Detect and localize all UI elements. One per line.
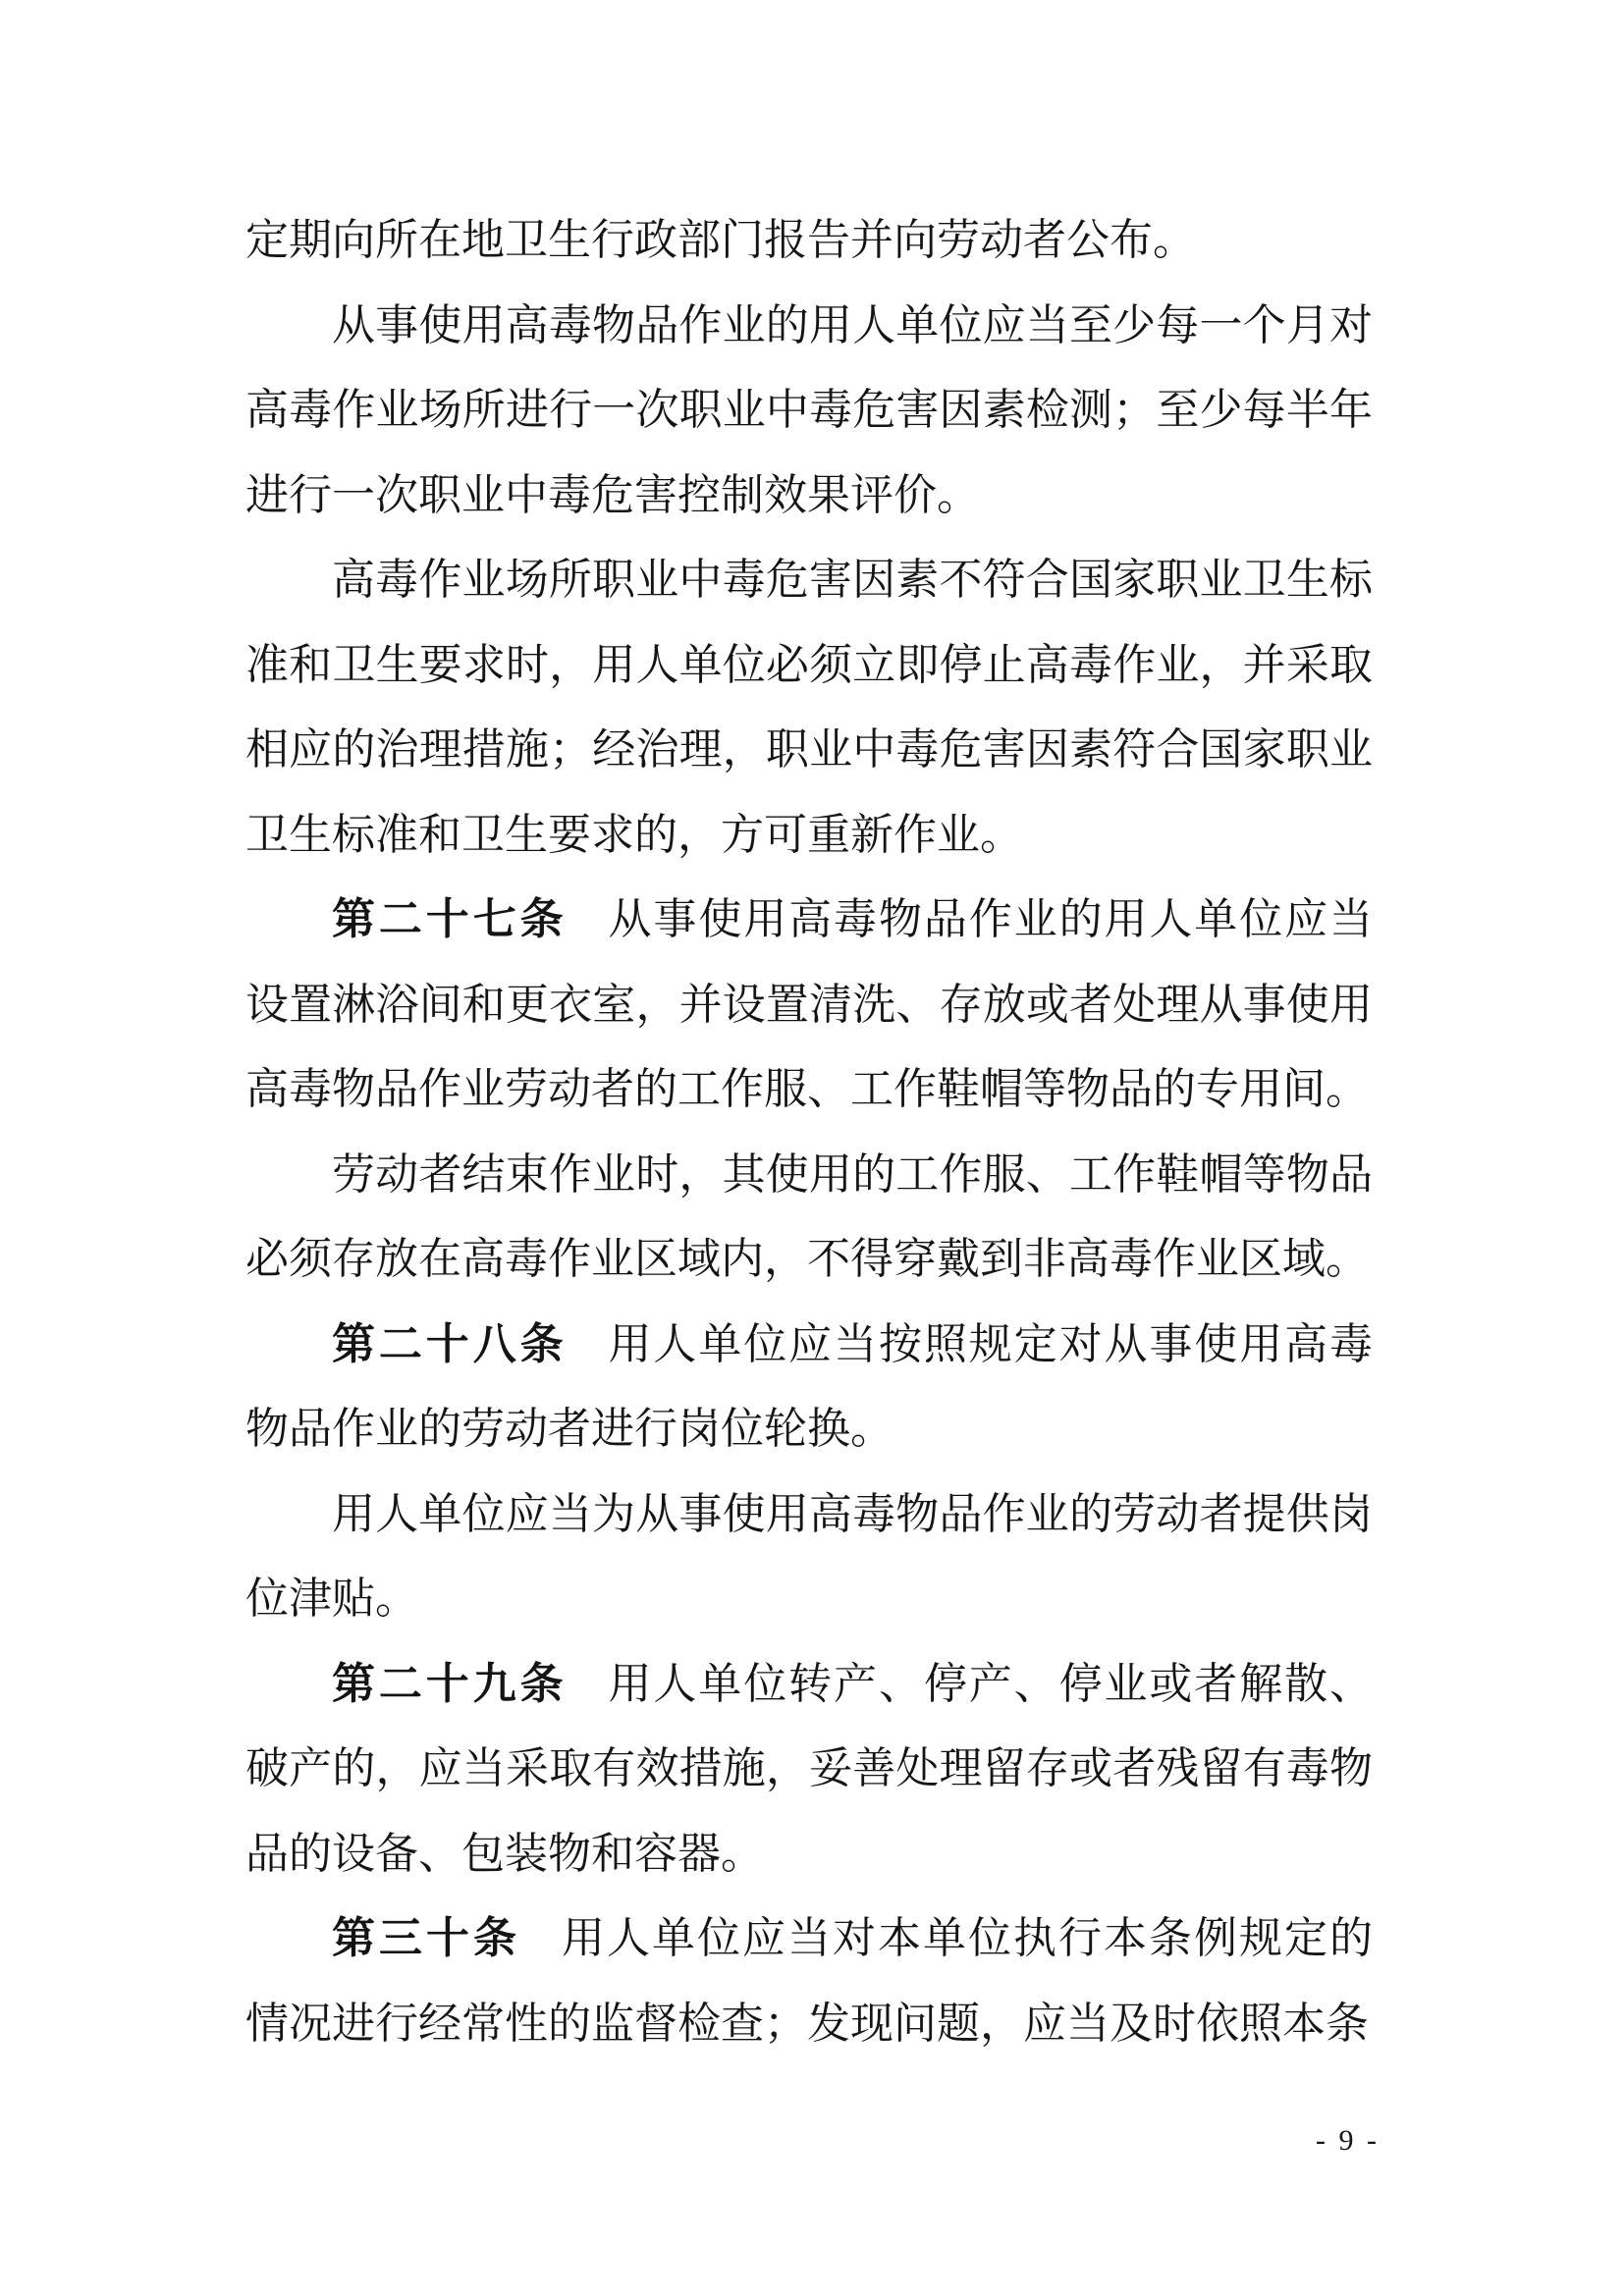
article-number: 第三十条 (332, 1914, 520, 1962)
paragraph: 第三十条用人单位应当对本单位执行本条例规定的情况进行经常性的监督检查；发现问题，… (245, 1896, 1373, 2066)
paragraph-text: 定期向所在地卫生行政部门报告并向劳动者公布。 (245, 216, 1196, 264)
paragraph-text: 高毒作业场所职业中毒危害因素不符合国家职业卫生标准和卫生要求时，用人单位必须立即… (245, 556, 1373, 859)
paragraph: 用人单位应当为从事使用高毒物品作业的劳动者提供岗位津贴。 (245, 1472, 1373, 1642)
paragraph: 定期向所在地卫生行政部门报告并向劳动者公布。 (245, 198, 1373, 284)
paragraph-text: 用人单位应当为从事使用高毒物品作业的劳动者提供岗位津贴。 (245, 1490, 1373, 1624)
paragraph: 高毒作业场所职业中毒危害因素不符合国家职业卫生标准和卫生要求时，用人单位必须立即… (245, 538, 1373, 878)
paragraph: 劳动者结束作业时，其使用的工作服、工作鞋帽等物品必须存放在高毒作业区域内，不得穿… (245, 1133, 1373, 1303)
page-number: - 9 - (1316, 2124, 1380, 2158)
paragraph: 第二十七条从事使用高毒物品作业的用人单位应当设置淋浴间和更衣室，并设置清洗、存放… (245, 878, 1373, 1133)
paragraph-text: 劳动者结束作业时，其使用的工作服、工作鞋帽等物品必须存放在高毒作业区域内，不得穿… (245, 1150, 1373, 1284)
document-page: 定期向所在地卫生行政部门报告并向劳动者公布。 从事使用高毒物品作业的用人单位应当… (0, 0, 1624, 2296)
paragraph: 从事使用高毒物品作业的用人单位应当至少每一个月对高毒作业场所进行一次职业中毒危害… (245, 284, 1373, 539)
article-number: 第二十八条 (332, 1320, 568, 1368)
document-body: 定期向所在地卫生行政部门报告并向劳动者公布。 从事使用高毒物品作业的用人单位应当… (245, 198, 1373, 2066)
article-number: 第二十九条 (332, 1660, 568, 1708)
article-number: 第二十七条 (332, 895, 568, 943)
paragraph: 第二十八条用人单位应当按照规定对从事使用高毒物品作业的劳动者进行岗位轮换。 (245, 1303, 1373, 1472)
paragraph: 第二十九条用人单位转产、停产、停业或者解散、破产的，应当采取有效措施，妥善处理留… (245, 1642, 1373, 1897)
paragraph-text: 从事使用高毒物品作业的用人单位应当至少每一个月对高毒作业场所进行一次职业中毒危害… (245, 301, 1373, 519)
